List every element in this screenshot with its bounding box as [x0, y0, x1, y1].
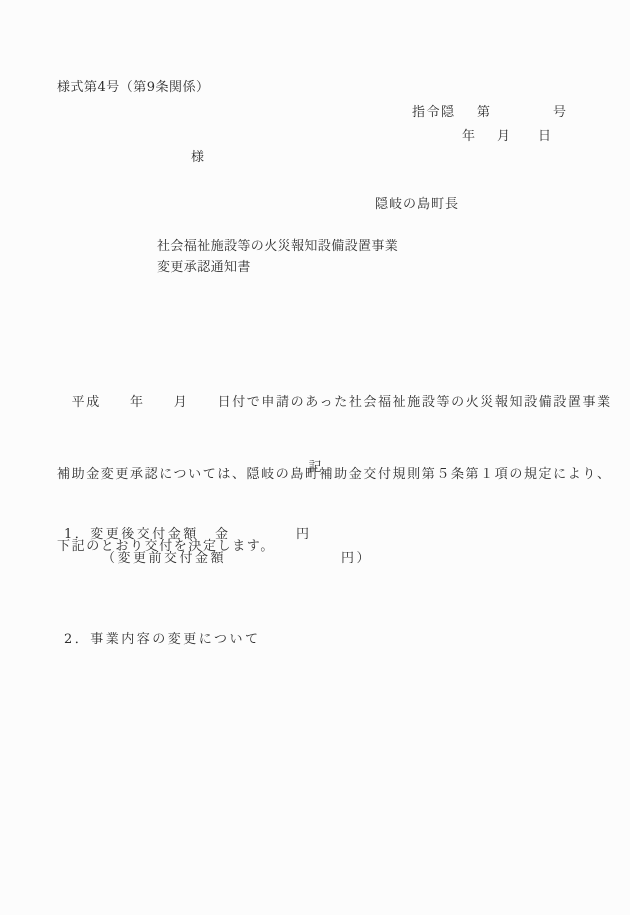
addressee-honorific: 様	[191, 151, 204, 164]
directive-number-counter: 第	[477, 106, 490, 119]
body-line-1: 平成 年 月 日付で申請のあった社会福祉施設等の火災報知設備設置事業	[57, 391, 579, 415]
body-paragraph: 平成 年 月 日付で申請のあった社会福祉施設等の火災報知設備設置事業 補助金変更…	[57, 343, 579, 607]
date-year-label: 年	[462, 130, 475, 143]
item1-sub-label: （変更前交付金額	[102, 552, 226, 565]
sender-title: 隠岐の島町長	[375, 198, 459, 211]
date-day-label: 日	[538, 130, 551, 143]
directive-number-prefix: 指令隠	[412, 106, 456, 119]
document-title-line1: 社会福祉施設等の火災報知設備設置事業	[157, 240, 398, 253]
record-marker: 記	[0, 461, 630, 474]
item1-label: 1．変更後交付金額	[64, 528, 199, 541]
directive-number-suffix: 号	[553, 106, 566, 119]
date-month-label: 月	[497, 130, 510, 143]
item1-currency-prefix: 金	[215, 528, 231, 541]
item1-unit: 円	[296, 528, 312, 541]
item2-label: 2．事業内容の変更について	[64, 633, 261, 646]
document-page: 様式第4号（第9条関係） 指令隠 第 号 年 月 日 様 隠岐の島町長 社会福祉…	[0, 0, 630, 915]
form-number: 様式第4号（第9条関係）	[57, 81, 210, 94]
document-title-line2: 変更承認通知書	[157, 261, 251, 274]
item1-sub-unit: 円）	[341, 552, 372, 565]
